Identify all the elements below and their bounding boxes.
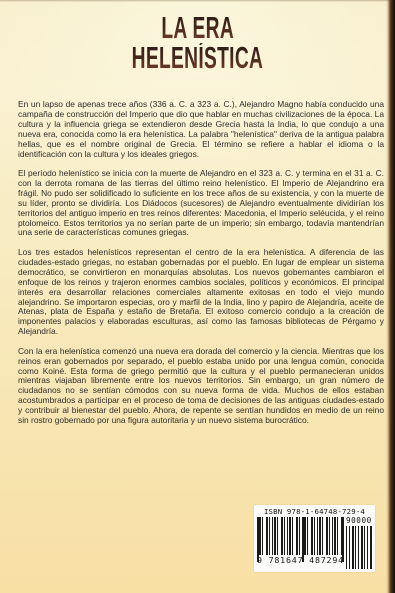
price-code-label: 90000	[346, 517, 373, 525]
barcode-addon-bars-icon	[346, 526, 373, 569]
isbn-number-label: ISBN 978-1-64748-729-4	[257, 507, 372, 516]
back-cover-text: En un lapso de apenas trece años (336 a.…	[18, 100, 384, 426]
title-line-2: HELENÍSTICA	[0, 43, 395, 73]
body-paragraph: En un lapso de apenas trece años (336 a.…	[18, 100, 384, 159]
body-paragraph: Los tres estados helenísticos representa…	[18, 248, 384, 337]
barcode-bars-icon	[257, 517, 344, 555]
isbn-barcode: ISBN 978-1-64748-729-4 9 781647 487294 9…	[254, 505, 375, 572]
barcode-guard-bar	[302, 517, 304, 562]
body-paragraph: El período helenístico se inicia con la …	[18, 169, 384, 238]
title-line-1: LA ERA	[0, 13, 395, 43]
barcode-addon-column: 90000	[346, 517, 373, 569]
barcode-guard-bar	[342, 517, 344, 562]
book-back-cover: LA ERA HELENÍSTICA En un lapso de apenas…	[0, 0, 395, 593]
body-paragraph: Con la era helenística comenzó una nueva…	[18, 347, 384, 426]
cover-edge-border	[386, 0, 395, 593]
barcode-guard-bar	[257, 517, 259, 562]
top-edge-shadow	[0, 0, 395, 2]
barcode-main-column: 9 781647 487294	[257, 517, 344, 569]
page-title: LA ERA HELENÍSTICA	[0, 13, 395, 73]
barcode-body: 9 781647 487294 90000	[257, 517, 372, 569]
barcode-digits: 9 781647 487294	[257, 556, 344, 565]
